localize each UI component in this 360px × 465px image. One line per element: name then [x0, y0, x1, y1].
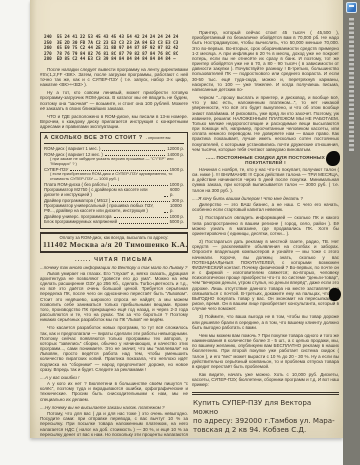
paragraph-rom-contents: ЧТО и ГДЕ расположено в ROM-диске, мы пи…	[40, 114, 188, 130]
dealer-question: .....Я хочу быть вашим дилером ! Что мне…	[192, 196, 339, 201]
paragraph-coupon-terms: Начиная с ноября, те, кто у нас что-то п…	[192, 167, 339, 193]
dealer-step: 3) Поймите, что ваша выгода не в том, чт…	[192, 314, 339, 330]
scan-paper: 24055 24 41 22 53 45 43 45 43 54 42 24 2…	[30, 0, 343, 438]
letter-answer: Что касается разработок новых программ, …	[40, 325, 188, 372]
ad-line: по адресу: 392000 г.Тамбов ул. Мара-	[193, 416, 338, 425]
dealer-intro: Дилерство — это ВАШ бизнес, а не наш. С …	[192, 202, 339, 212]
paragraph-no-cod: черком "...прошу выслать и принтер, и ди…	[192, 95, 339, 152]
letters-section-heading: ...... ЧИТАЯ ПИСЬМА	[40, 257, 188, 263]
price-row: Программатор универсальный ( прошивка лю…	[44, 203, 184, 214]
ink-blob	[329, 288, 341, 301]
sidebar-strip	[343, 0, 360, 465]
right-column: Принтер, который сейчас стоит 45 тысяч (…	[192, 30, 339, 438]
letter-answer: Львов умирает на глазах. Его "глухая" и,…	[40, 271, 188, 323]
price-leader	[102, 150, 165, 151]
price-leader	[112, 201, 170, 202]
ink-blob	[326, 151, 340, 166]
paragraph-how-we-help: Чем мы можем вам помочь ? При покупке то…	[192, 333, 339, 369]
price-value: 5000 р.	[170, 219, 184, 224]
dealer-step: 1) Постараться овладеть информацией — ск…	[192, 215, 339, 236]
sidebar-vertical-text	[349, 18, 354, 153]
paragraph-printer-prices: Принтер, который сейчас стоит 45 тысяч (…	[192, 30, 339, 92]
price-value: 6000 р.	[170, 187, 184, 198]
letter-answer: А у кого их нет ? Бюллетени в большинств…	[40, 381, 188, 402]
price-note: ( если приобретаются ROM-диск и СУПЕР-ПЗ…	[44, 172, 184, 182]
dealer-step: 2) Постараться дать рекламу в местной га…	[192, 239, 339, 311]
paragraph-tape-load: После наладки следует вывести программу …	[40, 67, 188, 88]
hex-dump-table: 24055 24 41 22 53 45 43 45 43 54 42 24 2…	[44, 35, 188, 63]
letter-question: ....Ну почему вы не высылаете заказы нал…	[40, 405, 188, 410]
price-value: 10000 р.	[170, 203, 184, 214]
paragraph-start-now: Как видите, начать уже можно. Хоть с 10,…	[192, 372, 339, 388]
price-leader	[111, 185, 167, 186]
postal-address: 111402 Москва а/я 20 Тимошенко К.А.	[43, 240, 185, 249]
price-box-title-note: - спросите вы	[146, 135, 171, 140]
letter-question: ...почему так много информации по Вектор…	[40, 265, 188, 270]
discounts-heading: ...... ПОСТОЯННЫЕ СКИДКИ ДЛЯ ПОСТОЯННЫХ …	[192, 155, 339, 165]
price-row: Блок программируемых напряжений5000 р.	[44, 219, 184, 224]
paragraph-lazy-loader: Ну а тот, кто совсем ленивый, может прио…	[40, 90, 188, 111]
supplier-ad-box: Купить СУПЕР-ПЗУ для Вектора можно по ад…	[192, 392, 339, 438]
price-leader	[119, 223, 168, 224]
price-row: Программатор М2750 ( с драйвером на касс…	[44, 187, 184, 198]
letter-question: ....А у вас ошибки !	[40, 375, 188, 380]
left-column: 24055 24 41 22 53 45 43 45 43 54 42 24 2…	[40, 35, 188, 438]
price-box-title: А СКОЛЬКО ВСЕ ЭТО СТОИТ ? - спросите вы	[44, 135, 184, 144]
app-icon[interactable]	[346, 2, 357, 13]
payment-address-box: Оплату за ROM-диск, как всегда, высылать…	[40, 232, 188, 253]
price-leader	[164, 196, 168, 197]
hex-row: 280ED 85 C2 44 E3 C3 39 84 84 84 84 84 8…	[44, 57, 188, 63]
price-leader	[114, 217, 168, 218]
price-box: А СКОЛЬКО ВСЕ ЭТО СТОИТ ? - спросите вы …	[40, 132, 188, 228]
letter-answer: Потому, что для вас ( да и для нас тоже …	[40, 411, 188, 438]
price-note: ( при заказе не забудьте указать версию …	[44, 157, 184, 167]
ad-line: товская д 2 кв 94. Кобзев С.Д.	[193, 425, 338, 434]
ad-line: Купить СУПЕР-ПЗУ для Вектора можно	[193, 398, 338, 416]
payment-instruction: Оплату за ROM-диск, как всегда, высылать…	[43, 235, 185, 240]
price-leader	[164, 212, 168, 213]
